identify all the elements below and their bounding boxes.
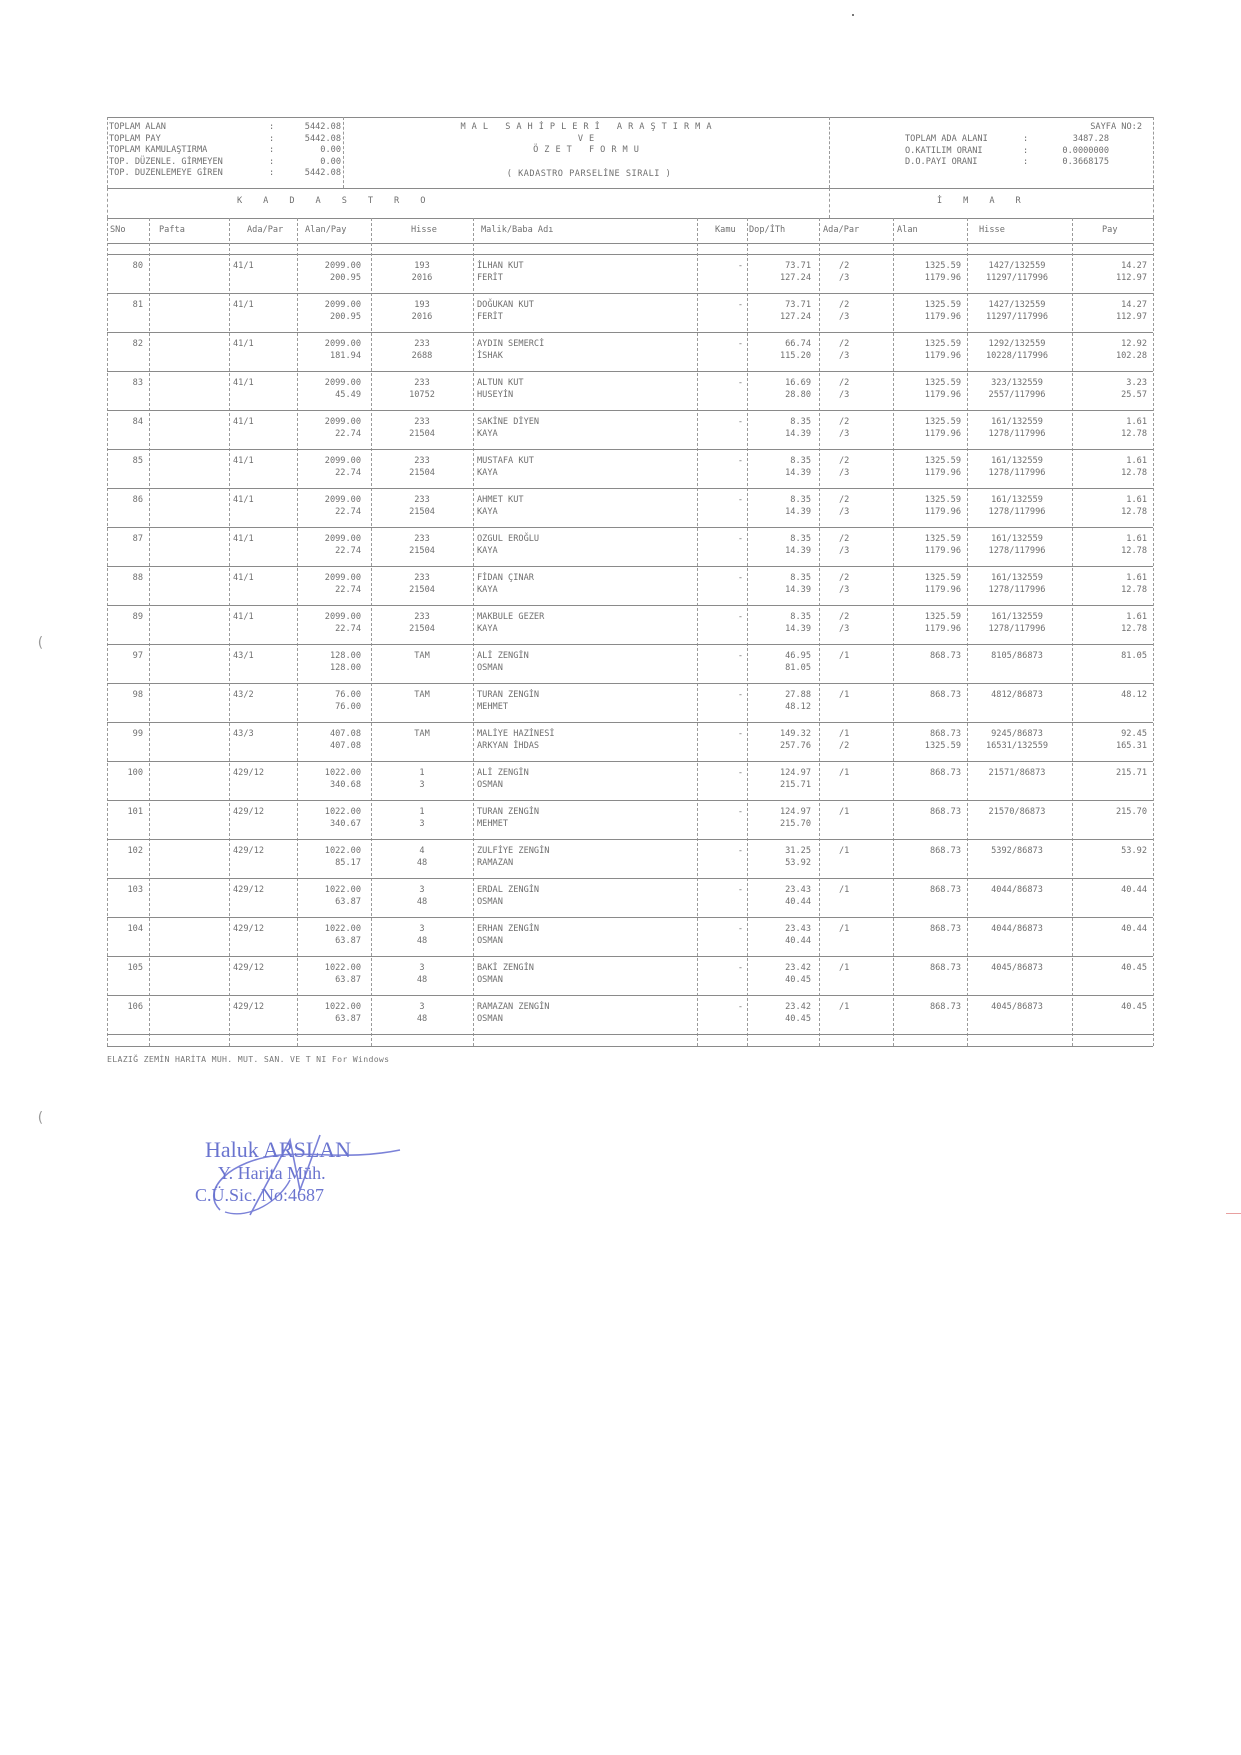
cell-hisse-den: 2016 — [371, 272, 473, 284]
cell-imar-pay: 12.78 — [1072, 584, 1147, 596]
column-rule — [829, 188, 830, 218]
column-rule — [829, 117, 830, 188]
cell-owner-name: AYDIN SEMERCİ — [477, 338, 677, 350]
rule-line — [107, 488, 1153, 489]
cell-hisse-num: 3 — [371, 884, 473, 896]
cell-sno: 89 — [107, 611, 143, 623]
column-header-ada-par: Ada/Par — [247, 224, 283, 236]
cell-imar-pay: 1.61 — [1072, 533, 1147, 545]
cell-sno: 85 — [107, 455, 143, 467]
cell-dop: 73.71 — [747, 260, 811, 272]
cell-ith: 14.39 — [747, 428, 811, 440]
ratio-label: O.KATILIM ORANI — [905, 145, 1023, 157]
cell-kamu: - — [697, 884, 743, 896]
cell-imar-hisse: 1427/132559 — [967, 260, 1067, 272]
cell-imar-pay: 25.57 — [1072, 389, 1147, 401]
cell-pay: 22.74 — [297, 467, 361, 479]
rule-line — [107, 188, 1153, 189]
cell-ith: 257.76 — [747, 740, 811, 752]
cell-imar-ada-par: /2 — [839, 611, 889, 623]
cell-ada-par: 41/1 — [233, 299, 293, 311]
cell-hisse-den: 21504 — [371, 623, 473, 635]
cell-father-name: FERİT — [477, 311, 677, 323]
margin-red-line — [1226, 1213, 1241, 1214]
cell-imar-hisse: 21570/86873 — [967, 806, 1067, 818]
rule-line — [107, 218, 1153, 219]
cell-imar-hisse: 2557/117996 — [967, 389, 1067, 401]
column-rule — [1153, 117, 1154, 188]
rule-line — [107, 800, 1153, 801]
column-header-dop-ith: Dop/İTh — [749, 224, 785, 236]
cell-father-name: OSMAN — [477, 935, 677, 947]
cell-imar-alan: 1179.96 — [893, 311, 961, 323]
cell-kamu: - — [697, 806, 743, 818]
cell-imar-hisse: 161/132559 — [967, 611, 1067, 623]
cell-imar-hisse: 1278/117996 — [967, 467, 1067, 479]
rule-line — [107, 371, 1153, 372]
cell-imar-alan: 1179.96 — [893, 428, 961, 440]
cell-imar-alan: 1325.59 — [893, 416, 961, 428]
total-label: TOP. DÜZENLE. GİRMEYEN — [109, 156, 269, 168]
cell-imar-alan: 1325.59 — [893, 377, 961, 389]
column-header-kamu: Kamu — [715, 224, 736, 236]
cell-imar-ada-par: /3 — [839, 350, 889, 362]
cell-sno: 101 — [107, 806, 143, 818]
cell-imar-pay: 112.97 — [1072, 311, 1147, 323]
cell-dop: 66.74 — [747, 338, 811, 350]
cell-imar-hisse: 161/132559 — [967, 455, 1067, 467]
rule-line — [107, 293, 1153, 294]
cell-pay: 63.87 — [297, 935, 361, 947]
cell-sno: 81 — [107, 299, 143, 311]
column-header-imar-hisse: Hisse — [979, 224, 1005, 236]
section-kadastro: KADASTRO — [237, 195, 446, 207]
cell-ada-par: 429/12 — [233, 806, 293, 818]
cell-ith: 14.39 — [747, 467, 811, 479]
cell-imar-alan: 868.73 — [893, 650, 961, 662]
cell-ada-par: 43/1 — [233, 650, 293, 662]
cell-imar-hisse: 1278/117996 — [967, 428, 1067, 440]
rule-line — [107, 527, 1153, 528]
cell-alan: 2099.00 — [297, 533, 361, 545]
cell-ith: 14.39 — [747, 545, 811, 557]
cell-imar-alan: 868.73 — [893, 1001, 961, 1013]
cell-alan: 2099.00 — [297, 572, 361, 584]
total-row: TOP. DÜZENLE. GİRMEYEN:0.00 — [109, 156, 344, 168]
cell-imar-hisse: 16531/132559 — [967, 740, 1067, 752]
cell-owner-name: RAMAZAN ZENGİN — [477, 1001, 677, 1013]
cell-alan: 1022.00 — [297, 806, 361, 818]
cell-sno: 83 — [107, 377, 143, 389]
ratio-label: D.O.PAYI ORANI — [905, 156, 1023, 168]
cell-imar-pay: 40.44 — [1072, 923, 1147, 935]
cell-kamu: - — [697, 494, 743, 506]
cell-imar-ada-par: /1 — [839, 650, 889, 662]
cell-pay: 45.49 — [297, 389, 361, 401]
cell-ada-par: 41/1 — [233, 377, 293, 389]
colon: : — [269, 167, 283, 179]
cell-imar-ada-par: /3 — [839, 428, 889, 440]
cell-imar-ada-par: /1 — [839, 1001, 889, 1013]
cell-imar-alan: 868.73 — [893, 923, 961, 935]
rule-line — [107, 243, 1153, 244]
cell-imar-alan: 1325.59 — [893, 299, 961, 311]
cell-father-name: FERİT — [477, 272, 677, 284]
cell-ada-par: 43/3 — [233, 728, 293, 740]
cell-kamu: - — [697, 533, 743, 545]
cell-hisse-den: 2688 — [371, 350, 473, 362]
cell-imar-ada-par: /2 — [839, 299, 889, 311]
margin-mark: ( — [36, 1110, 44, 1126]
cell-imar-alan: 1325.59 — [893, 572, 961, 584]
cell-imar-pay: 1.61 — [1072, 455, 1147, 467]
cell-alan: 1022.00 — [297, 962, 361, 974]
cell-imar-alan: 868.73 — [893, 689, 961, 701]
cell-kamu: - — [697, 962, 743, 974]
cell-ith: 48.12 — [747, 701, 811, 713]
rule-line — [107, 410, 1153, 411]
cell-dop: 8.35 — [747, 611, 811, 623]
cell-ada-par: 429/12 — [233, 845, 293, 857]
cell-ith: 28.80 — [747, 389, 811, 401]
cell-imar-ada-par: /2 — [839, 455, 889, 467]
ratio-row: D.O.PAYI ORANI:0.3668175 — [832, 156, 1152, 168]
cell-hisse-den: 3 — [371, 818, 473, 830]
cell-sno: 88 — [107, 572, 143, 584]
cell-imar-alan: 1179.96 — [893, 389, 961, 401]
total-value: 0.00 — [283, 144, 341, 156]
total-value: 5442.08 — [283, 167, 341, 179]
totals-block: TOPLAM ALAN:5442.08TOPLAM PAY:5442.08TOP… — [109, 121, 344, 179]
cell-alan: 2099.00 — [297, 455, 361, 467]
cell-imar-pay: 14.27 — [1072, 299, 1147, 311]
cell-imar-pay: 12.78 — [1072, 623, 1147, 635]
cell-imar-alan: 868.73 — [893, 845, 961, 857]
cell-owner-name: BAKİ ZENGİN — [477, 962, 677, 974]
cell-kamu: - — [697, 845, 743, 857]
column-rule — [1153, 188, 1154, 218]
cell-owner-name: MALİYE HAZİNESİ — [477, 728, 677, 740]
cell-imar-hisse: 5392/86873 — [967, 845, 1067, 857]
rule-line — [107, 995, 1153, 996]
cell-hisse-num: 3 — [371, 923, 473, 935]
cell-imar-hisse: 1278/117996 — [967, 506, 1067, 518]
cell-imar-ada-par: /3 — [839, 545, 889, 557]
cell-father-name: HUSEYİN — [477, 389, 677, 401]
total-row: TOPLAM KAMULAŞTIRMA:0.00 — [109, 144, 344, 156]
cell-imar-ada-par: /3 — [839, 584, 889, 596]
cell-hisse-num: TAM — [371, 650, 473, 662]
cell-imar-hisse: 1278/117996 — [967, 584, 1067, 596]
cell-alan: 2099.00 — [297, 299, 361, 311]
rule-line — [107, 605, 1153, 606]
cell-dop: 27.88 — [747, 689, 811, 701]
cell-pay: 63.87 — [297, 896, 361, 908]
scan-speck — [852, 14, 854, 16]
cell-sno: 103 — [107, 884, 143, 896]
cell-imar-hisse: 161/132559 — [967, 416, 1067, 428]
cell-hisse-den: 21504 — [371, 584, 473, 596]
cell-hisse-den: 48 — [371, 935, 473, 947]
cell-sno: 104 — [107, 923, 143, 935]
cell-ada-par: 41/1 — [233, 572, 293, 584]
cell-hisse-num: TAM — [371, 689, 473, 701]
cell-alan: 1022.00 — [297, 1001, 361, 1013]
cell-imar-hisse: 9245/86873 — [967, 728, 1067, 740]
cell-imar-alan: 868.73 — [893, 806, 961, 818]
cell-hisse-num: 233 — [371, 455, 473, 467]
cell-kamu: - — [697, 923, 743, 935]
cell-sno: 100 — [107, 767, 143, 779]
cell-imar-hisse: 1278/117996 — [967, 623, 1067, 635]
cell-imar-pay: 102.28 — [1072, 350, 1147, 362]
engineer-stamp: Haluk ARSLAN Y. Harita Müh. C.Ü.Sic. No:… — [175, 1138, 351, 1206]
colon: : — [1023, 156, 1037, 168]
page-number: SAYFA NO:2 — [832, 121, 1152, 133]
cell-imar-ada-par: /3 — [839, 311, 889, 323]
column-rule — [149, 218, 150, 1046]
cell-imar-alan: 1179.96 — [893, 467, 961, 479]
ratio-value: 3487.28 — [1037, 133, 1109, 145]
cell-father-name: KAYA — [477, 428, 677, 440]
cell-owner-name: MAKBULE GEZER — [477, 611, 677, 623]
cell-owner-name: MUSTAFA KUT — [477, 455, 677, 467]
cell-imar-pay: 3.23 — [1072, 377, 1147, 389]
cell-pay: 22.74 — [297, 506, 361, 518]
cell-imar-ada-par: /1 — [839, 845, 889, 857]
cell-hisse-den: 21504 — [371, 467, 473, 479]
cell-dop: 124.97 — [747, 806, 811, 818]
cell-ada-par: 41/1 — [233, 338, 293, 350]
cell-father-name: İSHAK — [477, 350, 677, 362]
column-rule — [107, 117, 108, 188]
cell-ada-par: 41/1 — [233, 611, 293, 623]
cell-imar-pay: 112.97 — [1072, 272, 1147, 284]
cell-imar-ada-par: /1 — [839, 728, 889, 740]
form-title-line1: MAL SAHİPLERİ ARAŞTIRMA — [347, 121, 831, 133]
cell-imar-hisse: 161/132559 — [967, 494, 1067, 506]
cell-imar-pay: 40.44 — [1072, 884, 1147, 896]
cell-hisse-den: 48 — [371, 1013, 473, 1025]
cell-ith: 14.39 — [747, 506, 811, 518]
cell-father-name: OSMAN — [477, 662, 677, 674]
stamp-title: Y. Harita Müh. — [175, 1162, 351, 1184]
cell-imar-hisse: 11297/117996 — [967, 272, 1067, 284]
column-header-imar-pay: Pay — [1102, 224, 1118, 236]
cell-owner-name: ZULFİYE ZENGİN — [477, 845, 677, 857]
cell-alan: 2099.00 — [297, 377, 361, 389]
cell-pay: 200.95 — [297, 311, 361, 323]
cell-imar-pay: 12.78 — [1072, 467, 1147, 479]
cell-hisse-den: 3 — [371, 779, 473, 791]
ratio-label: TOPLAM ADA ALANI — [905, 133, 1023, 145]
rule-line — [107, 1034, 1153, 1035]
cell-owner-name: AHMET KUT — [477, 494, 677, 506]
cell-hisse-den: 21504 — [371, 428, 473, 440]
cell-ith: 127.24 — [747, 272, 811, 284]
cell-dop: 16.69 — [747, 377, 811, 389]
column-rule — [819, 218, 820, 1046]
cell-imar-pay: 92.45 — [1072, 728, 1147, 740]
cell-imar-pay: 215.71 — [1072, 767, 1147, 779]
cell-imar-ada-par: /2 — [839, 572, 889, 584]
rule-line — [107, 878, 1153, 879]
total-row: TOPLAM ALAN:5442.08 — [109, 121, 344, 133]
form-title-line2: VE — [347, 133, 831, 145]
cell-imar-alan: 1325.59 — [893, 494, 961, 506]
cell-hisse-den: 10752 — [371, 389, 473, 401]
cell-imar-pay: 1.61 — [1072, 494, 1147, 506]
ratio-value: 0.0000000 — [1037, 145, 1109, 157]
cell-owner-name: DOĞUKAN KUT — [477, 299, 677, 311]
cell-dop: 23.42 — [747, 1001, 811, 1013]
cell-father-name: KAYA — [477, 467, 677, 479]
cell-ith: 40.44 — [747, 935, 811, 947]
cell-father-name: KAYA — [477, 584, 677, 596]
cell-hisse-num: 233 — [371, 377, 473, 389]
cell-ith: 81.05 — [747, 662, 811, 674]
cell-alan: 2099.00 — [297, 494, 361, 506]
column-rule — [229, 218, 230, 1046]
section-imar: İMAR — [937, 195, 1042, 207]
cell-imar-pay: 12.92 — [1072, 338, 1147, 350]
cell-imar-ada-par: /1 — [839, 767, 889, 779]
total-label: TOP. DUZENLEMEYE GİREN — [109, 167, 269, 179]
cell-ada-par: 41/1 — [233, 260, 293, 272]
cell-ith: 53.92 — [747, 857, 811, 869]
cell-kamu: - — [697, 299, 743, 311]
cell-kamu: - — [697, 572, 743, 584]
cell-imar-hisse: 4045/86873 — [967, 962, 1067, 974]
cell-ith: 115.20 — [747, 350, 811, 362]
rule-line — [107, 722, 1153, 723]
cell-dop: 149.32 — [747, 728, 811, 740]
column-header-malik: Malik/Baba Adı — [481, 224, 553, 236]
cell-sno: 102 — [107, 845, 143, 857]
cell-owner-name: SAKİNE DİYEN — [477, 416, 677, 428]
cell-owner-name: İLHAN KUT — [477, 260, 677, 272]
cell-dop: 23.43 — [747, 884, 811, 896]
cell-dop: 8.35 — [747, 455, 811, 467]
cell-pay: 200.95 — [297, 272, 361, 284]
cell-hisse-den: 48 — [371, 857, 473, 869]
cell-pay: 22.74 — [297, 545, 361, 557]
cell-hisse-num: 3 — [371, 1001, 473, 1013]
software-footer: ELAZIĞ ZEMİN HARİTA MUH. MUT. SAN. VE T … — [107, 1054, 389, 1064]
cell-dop: 23.43 — [747, 923, 811, 935]
cell-alan: 2099.00 — [297, 338, 361, 350]
document-page: ( ( TOPLAM ALAN:5442.08TOPLAM PAY:5442.0… — [0, 0, 1241, 1755]
cell-alan: 407.08 — [297, 728, 361, 740]
cell-father-name: OSMAN — [477, 896, 677, 908]
cell-owner-name: ERDAL ZENGİN — [477, 884, 677, 896]
cell-sno: 87 — [107, 533, 143, 545]
cell-imar-ada-par: /2 — [839, 377, 889, 389]
cell-imar-pay: 165.31 — [1072, 740, 1147, 752]
cell-sno: 105 — [107, 962, 143, 974]
cell-hisse-num: 3 — [371, 962, 473, 974]
cell-dop: 31.25 — [747, 845, 811, 857]
cell-alan: 1022.00 — [297, 845, 361, 857]
cell-sno: 97 — [107, 650, 143, 662]
cell-imar-ada-par: /3 — [839, 506, 889, 518]
cell-imar-ada-par: /2 — [839, 338, 889, 350]
cell-alan: 1022.00 — [297, 767, 361, 779]
cell-dop: 8.35 — [747, 416, 811, 428]
cell-imar-ada-par: /1 — [839, 884, 889, 896]
total-label: TOPLAM PAY — [109, 133, 269, 145]
cell-pay: 63.87 — [297, 974, 361, 986]
cell-imar-ada-par: /3 — [839, 272, 889, 284]
cell-imar-pay: 1.61 — [1072, 572, 1147, 584]
cell-imar-hisse: 11297/117996 — [967, 311, 1067, 323]
colon: : — [269, 156, 283, 168]
cell-hisse-num: 193 — [371, 260, 473, 272]
cell-hisse-num: 233 — [371, 533, 473, 545]
cell-ada-par: 429/12 — [233, 767, 293, 779]
rule-line — [107, 566, 1153, 567]
cell-hisse-num: 233 — [371, 494, 473, 506]
cell-ada-par: 43/2 — [233, 689, 293, 701]
cell-imar-hisse: 4812/86873 — [967, 689, 1067, 701]
cell-owner-name: ALİ ZENGİN — [477, 767, 677, 779]
cell-imar-pay: 215.70 — [1072, 806, 1147, 818]
cell-sno: 84 — [107, 416, 143, 428]
cell-dop: 73.71 — [747, 299, 811, 311]
cell-dop: 23.42 — [747, 962, 811, 974]
cell-kamu: - — [697, 728, 743, 740]
cell-hisse-num: 193 — [371, 299, 473, 311]
rule-line — [107, 761, 1153, 762]
cell-imar-hisse: 161/132559 — [967, 572, 1067, 584]
cell-imar-alan: 1325.59 — [893, 260, 961, 272]
cell-hisse-num: 1 — [371, 806, 473, 818]
cell-owner-name: ALTUN KUT — [477, 377, 677, 389]
cell-father-name: ARKYAN İHDAS — [477, 740, 677, 752]
cell-imar-alan: 1179.96 — [893, 584, 961, 596]
cell-imar-ada-par: /3 — [839, 467, 889, 479]
cell-ada-par: 41/1 — [233, 494, 293, 506]
cell-imar-ada-par: /3 — [839, 623, 889, 635]
cell-kamu: - — [697, 377, 743, 389]
cell-alan: 128.00 — [297, 650, 361, 662]
form-title-block: MAL SAHİPLERİ ARAŞTIRMA VE ÖZET FORMU ( … — [347, 121, 831, 179]
rule-line — [107, 839, 1153, 840]
total-row: TOPLAM PAY:5442.08 — [109, 133, 344, 145]
cell-ada-par: 41/1 — [233, 533, 293, 545]
rule-line — [107, 956, 1153, 957]
cell-sno: 82 — [107, 338, 143, 350]
cell-kamu: - — [697, 455, 743, 467]
total-label: TOPLAM KAMULAŞTIRMA — [109, 144, 269, 156]
cell-alan: 2099.00 — [297, 260, 361, 272]
rule-line — [107, 683, 1153, 684]
rule-line — [107, 449, 1153, 450]
cell-imar-pay: 12.78 — [1072, 506, 1147, 518]
cell-hisse-num: 233 — [371, 338, 473, 350]
cell-imar-alan: 1179.96 — [893, 506, 961, 518]
column-header-imar-ada-par: Ada/Par — [823, 224, 859, 236]
cell-dop: 8.35 — [747, 533, 811, 545]
cell-sno: 80 — [107, 260, 143, 272]
colon: : — [269, 133, 283, 145]
colon: : — [269, 144, 283, 156]
cell-imar-alan: 868.73 — [893, 767, 961, 779]
cell-ada-par: 41/1 — [233, 455, 293, 467]
cell-kamu: - — [697, 689, 743, 701]
cell-pay: 407.08 — [297, 740, 361, 752]
cell-imar-hisse: 1278/117996 — [967, 545, 1067, 557]
